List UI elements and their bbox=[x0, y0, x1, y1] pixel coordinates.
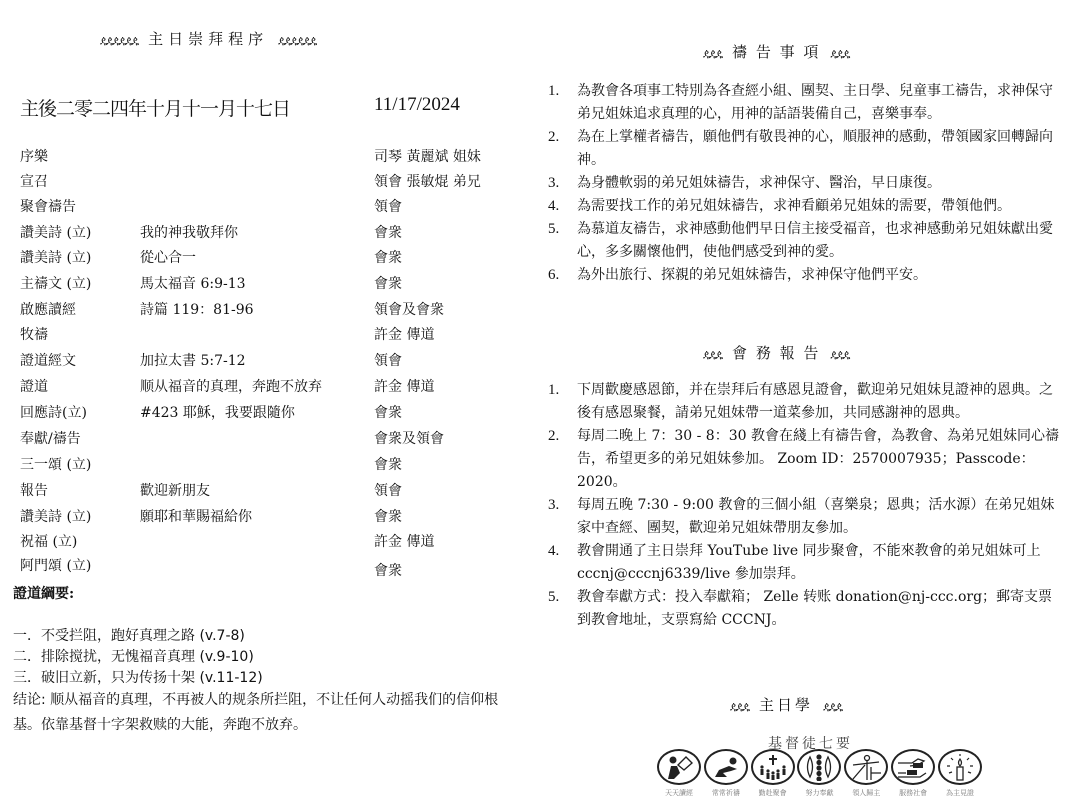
sermon-outline-point: 一．不受拦阻，跑好真理之路 (v.7-8) bbox=[13, 625, 245, 645]
service-icon bbox=[891, 749, 935, 785]
announcements-heading-title: 會 務 報 告 bbox=[732, 344, 820, 362]
sermon-conclusion: 结论: 顺从福音的真理，不再被人的规条所拦阻，不让任何人动摇我们的信仰根基。依靠… bbox=[13, 688, 523, 738]
sermon-outline-point: 三．破旧立新，只为传扬十架 (v.11-12) bbox=[13, 667, 263, 687]
program-row: 回應詩(立)#423 耶穌，我要跟隨你會衆 bbox=[20, 402, 520, 427]
icon-caption: 領人歸主 bbox=[844, 788, 888, 798]
program-row: 讚美詩 (立)願耶和華賜福給你會衆 bbox=[20, 506, 520, 531]
program-row: 啟應讀經詩篇 119：81-96領會及會衆 bbox=[20, 299, 520, 324]
program-row: 祝福 (立)許金 傳道 bbox=[20, 531, 520, 556]
program-row: 讚美詩 (立)從心合一會衆 bbox=[20, 247, 520, 272]
program-row: 主禱文 (立)馬太福音 6:9-13會衆 bbox=[20, 273, 520, 298]
announcement-item: 1.下周歡慶感恩節，并在崇拜后有感恩見證會，歡迎弟兄姐妹見證神的恩典。之後有感恩… bbox=[548, 379, 1063, 425]
sunday-school-heading-title: 主日學 bbox=[759, 696, 813, 714]
praying-icon bbox=[704, 749, 748, 785]
program-row: 三一頌 (立)會衆 bbox=[20, 454, 520, 479]
program-row: 報告歡迎新朋友領會 bbox=[20, 480, 520, 505]
evangelism-icon bbox=[844, 749, 888, 785]
program-row: 牧禱許金 傳道 bbox=[20, 324, 520, 349]
prayer-heading: ዼዼዼ禱 告 事 項ዼዼዼ bbox=[703, 41, 849, 62]
icon-caption: 為主見證 bbox=[938, 788, 982, 798]
announcements-list: 1.下周歡慶感恩節，并在崇拜后有感恩見證會，歡迎弟兄姐妹見證神的恩典。之後有感恩… bbox=[548, 379, 1063, 632]
ornament-right: ዼዼዼ bbox=[823, 699, 842, 713]
offering-icon bbox=[797, 749, 841, 785]
program-row: 奉獻/禱告會衆及領會 bbox=[20, 428, 520, 453]
prayer-list: 1.為教會各項事工特別為各查經小組、團契、主日學、兒童事工禱告，求神保守弟兄姐妹… bbox=[548, 80, 1063, 287]
ornament-right: ዼዼዼ bbox=[830, 46, 849, 60]
prayer-item: 3.為身體軟弱的弟兄姐妹禱告，求神保守、醫治，早日康復。 bbox=[548, 172, 1063, 195]
ornament-left: ዼዼዼዼዼዼ bbox=[100, 33, 138, 47]
reading-bible-icon bbox=[657, 749, 701, 785]
prayer-item: 1.為教會各項事工特別為各查經小組、團契、主日學、兒童事工禱告，求神保守弟兄姐妹… bbox=[548, 80, 1063, 126]
date-numeric: 11/17/2024 bbox=[374, 94, 460, 116]
icon-caption: 天天讀經 bbox=[657, 788, 701, 798]
announcement-item: 2.每周二晚上 7：30 - 8：30 教會在綫上有禱告會，為教會、為弟兄姐妹同… bbox=[548, 425, 1063, 494]
ornament-left: ዼዼዼ bbox=[730, 699, 749, 713]
worship-heading: ዼዼዼዼዼዼ主日崇拜程序ዼዼዼዼዼዼ bbox=[100, 28, 316, 49]
prayer-item: 4.為需要找工作的弟兄姐妹禱告，求神看顧弟兄姐妹的需要，帶領他們。 bbox=[548, 195, 1063, 218]
ornament-left: ዼዼዼ bbox=[703, 46, 722, 60]
announcement-item: 3.每周五晚 7:30 - 9:00 教會的三個小組（喜樂泉；恩典；活水源）在弟… bbox=[548, 494, 1063, 540]
program-row: 讚美詩 (立)我的神我敬拜你會衆 bbox=[20, 222, 520, 247]
seven-essentials-icons bbox=[657, 749, 982, 789]
prayer-item: 6.為外出旅行、探親的弟兄姐妹禱告，求神保守他們平安。 bbox=[548, 264, 1063, 287]
program-row: 證道顺从福音的真理，奔跑不放弃許金 傳道 bbox=[20, 376, 520, 401]
worship-heading-title: 主日崇拜程序 bbox=[148, 30, 268, 48]
icon-caption: 努力奉獻 bbox=[797, 788, 841, 798]
icon-caption: 服務社會 bbox=[891, 788, 935, 798]
gathering-icon bbox=[751, 749, 795, 785]
prayer-item: 5.為慕道友禱告，求神感動他們早日信主接受福音，也求神感動弟兄姐妹獻出愛心，多多… bbox=[548, 218, 1063, 264]
sermon-outline-point: 二．排除搅扰，无愧福音真理 (v.9-10) bbox=[13, 646, 254, 666]
announcement-item: 4.教會開通了主日崇拜 YouTube live 同步聚會，不能來教會的弟兄姐妹… bbox=[548, 540, 1063, 586]
icon-caption: 勤赴聚會 bbox=[751, 788, 795, 798]
ornament-right: ዼዼዼዼዼዼ bbox=[278, 33, 316, 47]
seven-essentials-captions: 天天讀經 常常祈禱 勤赴聚會 努力奉獻 領人歸主 服務社會 為主見證 bbox=[657, 788, 982, 798]
date-chinese: 主後二零二四年十月十一月十七日 bbox=[20, 94, 290, 121]
witness-candle-icon bbox=[938, 749, 982, 785]
sunday-school-heading: ዼዼዼ主日學ዼዼዼ bbox=[730, 694, 842, 715]
ornament-left: ዼዼዼ bbox=[703, 347, 722, 361]
announcements-heading: ዼዼዼ會 務 報 告ዼዼዼ bbox=[703, 342, 849, 363]
prayer-item: 2.為在上掌權者禱告，願他們有敬畏神的心，順服神的感動，帶領國家回轉歸向神。 bbox=[548, 126, 1063, 172]
icon-caption: 常常祈禱 bbox=[704, 788, 748, 798]
program-row: 序樂司琴 黃麗斌 姐妹 bbox=[20, 146, 520, 171]
program-row: 阿門頌 (立)會衆 bbox=[20, 555, 520, 580]
prayer-heading-title: 禱 告 事 項 bbox=[732, 43, 820, 61]
program-row: 宣召領會 張敏焜 弟兄 bbox=[20, 171, 520, 196]
program-row: 證道經文加拉太書 5:7-12領會 bbox=[20, 350, 520, 375]
ornament-right: ዼዼዼ bbox=[830, 347, 849, 361]
program-row: 聚會禱告領會 bbox=[20, 196, 520, 221]
sermon-outline-title: 證道綱要: bbox=[13, 583, 74, 603]
announcement-item: 5.教會奉獻方式：投入奉獻箱； Zelle 转账 donation@nj-ccc… bbox=[548, 586, 1063, 632]
